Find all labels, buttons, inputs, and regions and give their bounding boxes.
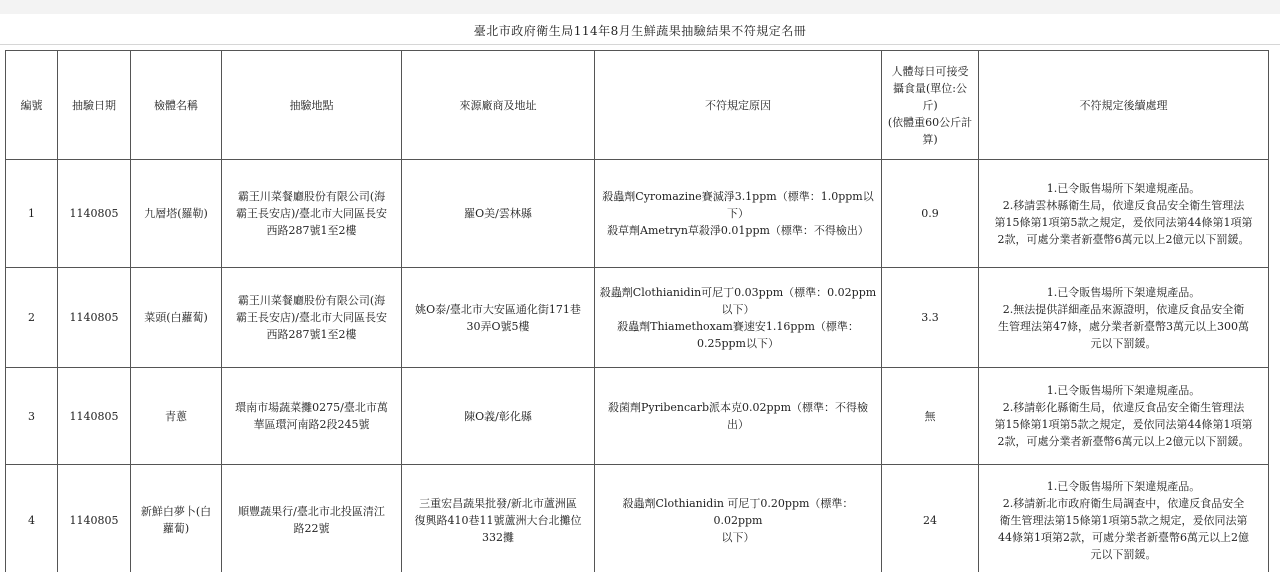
- cell-source: 陳O義/彰化縣: [402, 368, 595, 465]
- cell-source: 羅O美/雲林縣: [402, 160, 595, 268]
- cell-date: 1140805: [58, 465, 131, 572]
- cell-no: 2: [6, 268, 58, 368]
- cell-no: 4: [6, 465, 58, 572]
- cell-source: 姚O泰/臺北市大安區通化街171巷 30弄O號5樓: [402, 268, 595, 368]
- cell-date: 1140805: [58, 160, 131, 268]
- cell-reason: 殺蟲劑Clothianidin可尼丁0.03ppm（標準：0.02ppm 以下）…: [595, 268, 882, 368]
- header-source: 來源廠商及地址: [402, 51, 595, 160]
- cell-followup: 1.已令販售場所下架違規產品。 2.移請新北市政府衛生局調查中，依違反食品安全 …: [979, 465, 1269, 572]
- cell-intake: 無: [882, 368, 979, 465]
- cell-reason: 殺菌劑Pyribencarb派本克0.02ppm（標準：不得檢 出）: [595, 368, 882, 465]
- title-divider: [0, 44, 1280, 45]
- cell-no: 1: [6, 160, 58, 268]
- cell-sample: 青蔥: [131, 368, 222, 465]
- cell-reason: 殺蟲劑Clothianidin 可尼丁0.20ppm（標準：0.02ppm 以下…: [595, 465, 882, 572]
- table-row: 4 1140805 新鮮白夢卜(白 蘿蔔) 順豐蔬果行/臺北市北投區清江 路22…: [6, 465, 1269, 572]
- cell-date: 1140805: [58, 368, 131, 465]
- cell-date: 1140805: [58, 268, 131, 368]
- cell-followup: 1.已令販售場所下架違規產品。 2.無法提供詳細產品來源證明，依違反食品安全衛 …: [979, 268, 1269, 368]
- cell-reason: 殺蟲劑Cyromazine賽滅淨3.1ppm（標準：1.0ppm以 下） 殺草劑…: [595, 160, 882, 268]
- cell-sample: 新鮮白夢卜(白 蘿蔔): [131, 465, 222, 572]
- cell-followup: 1.已令販售場所下架違規產品。 2.移請彰化縣衛生局，依違反食品安全衛生管理法 …: [979, 368, 1269, 465]
- document-title: 臺北市政府衛生局114年8月生鮮蔬果抽驗結果不符規定名冊: [0, 22, 1280, 39]
- cell-sample: 菜頭(白蘿蔔): [131, 268, 222, 368]
- noncompliance-table: 編號 抽驗日期 檢體名稱 抽驗地點 來源廠商及地址 不符規定原因 人體每日可接受…: [5, 50, 1269, 572]
- table-row: 2 1140805 菜頭(白蘿蔔) 霸王川菜餐廳股份有限公司(海 霸王長安店)/…: [6, 268, 1269, 368]
- header-followup: 不符規定後續處理: [979, 51, 1269, 160]
- cell-location: 順豐蔬果行/臺北市北投區清江 路22號: [222, 465, 402, 572]
- page-top-strip: [0, 0, 1280, 14]
- header-reason: 不符規定原因: [595, 51, 882, 160]
- header-no: 編號: [6, 51, 58, 160]
- header-sample: 檢體名稱: [131, 51, 222, 160]
- cell-location: 霸王川菜餐廳股份有限公司(海 霸王長安店)/臺北市大同區長安 西路287號1至2…: [222, 160, 402, 268]
- cell-location: 霸王川菜餐廳股份有限公司(海 霸王長安店)/臺北市大同區長安 西路287號1至2…: [222, 268, 402, 368]
- cell-source: 三重宏昌蔬果批發/新北市蘆洲區 復興路410巷11號蘆洲大台北攤位 332攤: [402, 465, 595, 572]
- cell-no: 3: [6, 368, 58, 465]
- cell-location: 環南市場蔬菜攤0275/臺北市萬 華區環河南路2段245號: [222, 368, 402, 465]
- table-row: 1 1140805 九層塔(羅勒) 霸王川菜餐廳股份有限公司(海 霸王長安店)/…: [6, 160, 1269, 268]
- header-row: 編號 抽驗日期 檢體名稱 抽驗地點 來源廠商及地址 不符規定原因 人體每日可接受…: [6, 51, 1269, 160]
- header-date: 抽驗日期: [58, 51, 131, 160]
- header-location: 抽驗地點: [222, 51, 402, 160]
- table-row: 3 1140805 青蔥 環南市場蔬菜攤0275/臺北市萬 華區環河南路2段24…: [6, 368, 1269, 465]
- header-intake: 人體每日可接受 攝食量(單位:公 斤) (依體重60公斤計 算): [882, 51, 979, 160]
- cell-sample: 九層塔(羅勒): [131, 160, 222, 268]
- cell-followup: 1.已令販售場所下架違規產品。 2.移請雲林縣衛生局，依違反食品安全衛生管理法 …: [979, 160, 1269, 268]
- cell-intake: 0.9: [882, 160, 979, 268]
- cell-intake: 24: [882, 465, 979, 572]
- cell-intake: 3.3: [882, 268, 979, 368]
